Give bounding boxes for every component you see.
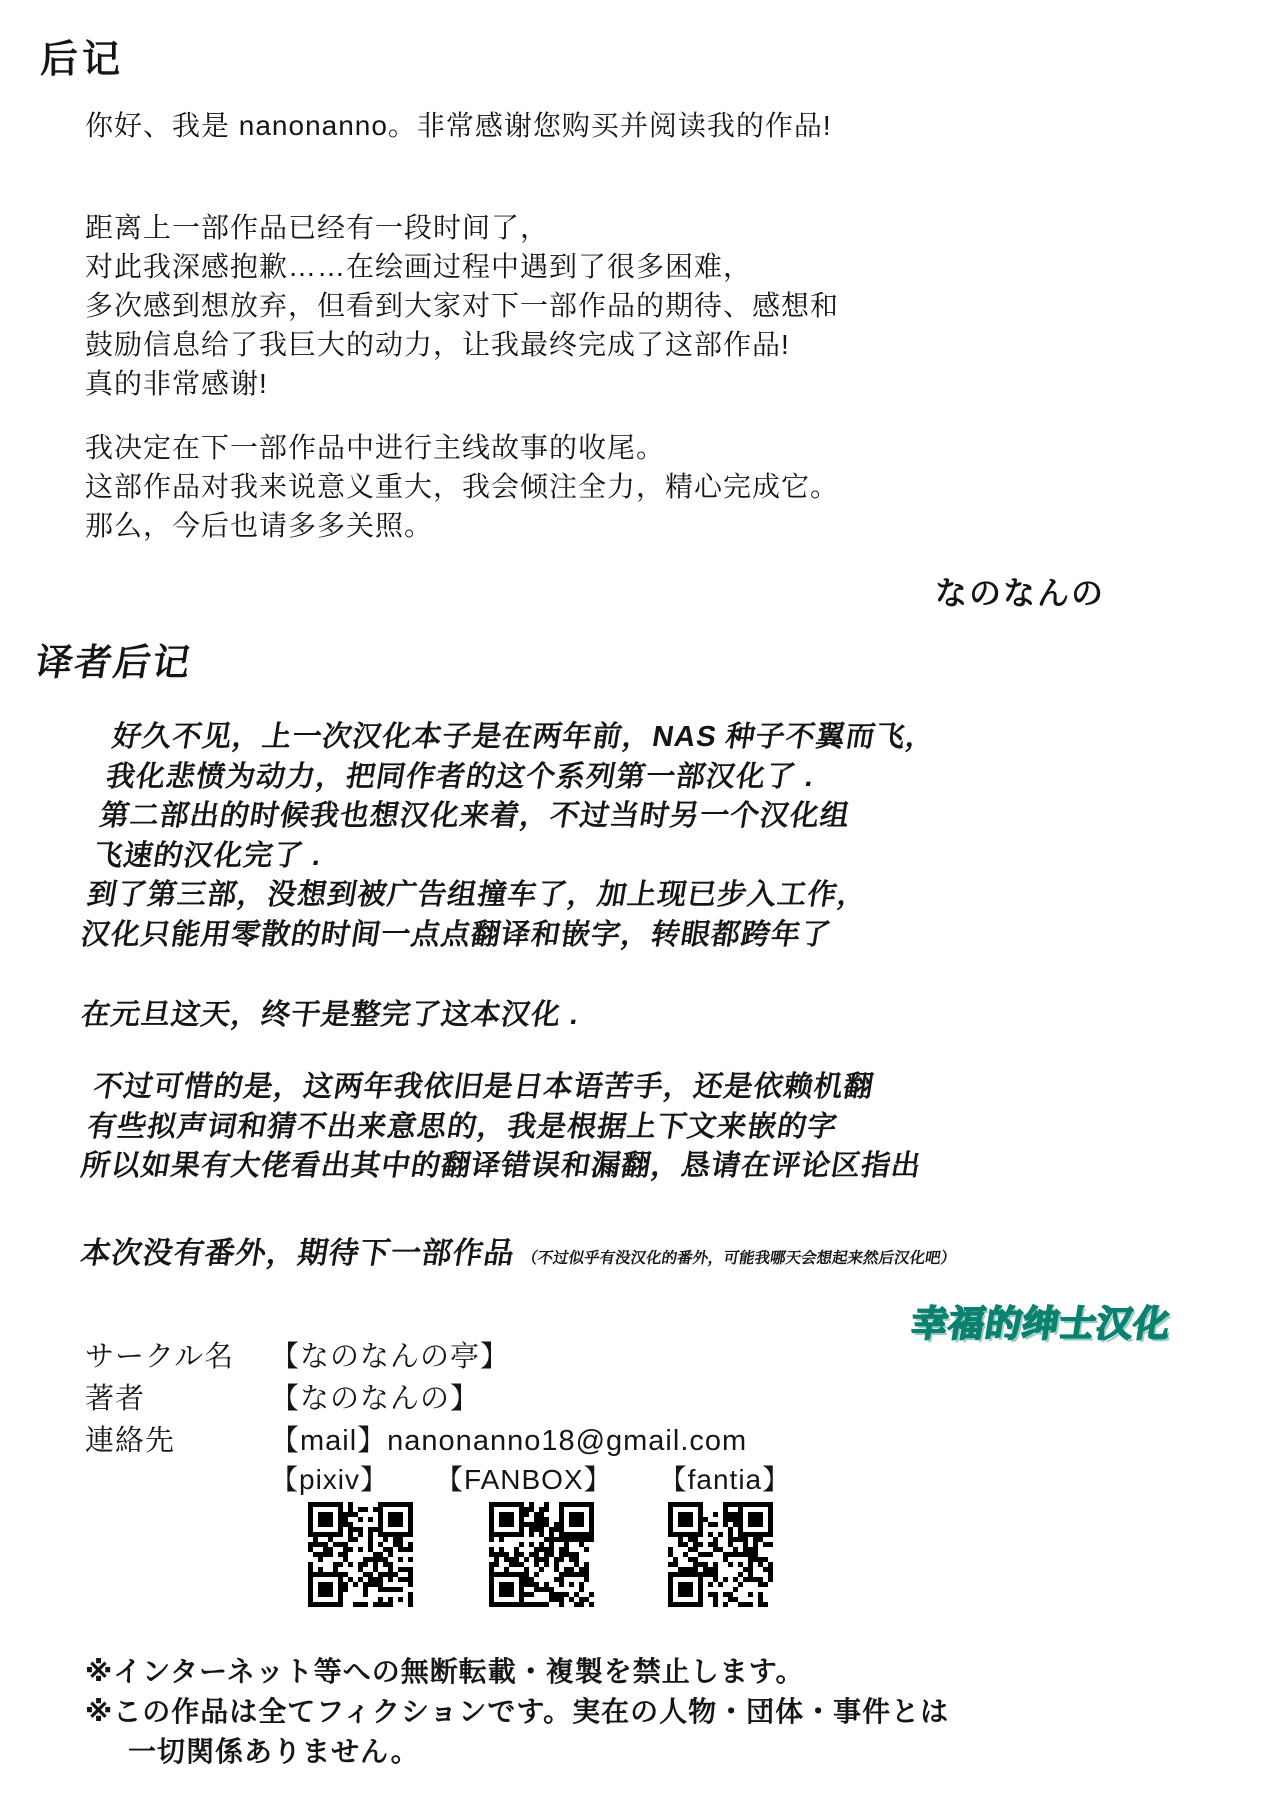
author-paragraph-line: 真的非常感谢! [85,364,839,403]
translator-paragraph-3: 不过可惜的是，这两年我依旧是日本语苦手，还是依赖机翻 有些拟声词和猜不出来意思的… [78,1068,937,1187]
author-greeting: 你好、我是 nanonanno。非常感谢您购买并阅读我的作品! [85,106,832,145]
translation-group-watermark: 幸福的绅士汉化 [908,1296,1175,1347]
qr-code-fantia [668,1502,773,1607]
translator-paragraph-line: 到了第三部，没想到被广告组撞车了，加上现已步入工作， [84,876,914,916]
author-signature: なのなんの [935,568,1105,614]
author-paragraph-line: 多次感到想放弃，但看到大家对下一部作品的期待、感想和 [85,286,839,325]
credits-value: 【なのなんの亭】 [270,1341,510,1373]
translator-paragraph-line: 所以如果有大佬看出其中的翻译错误和漏翻，恳请在评论区指出 [78,1147,924,1187]
credits-row-circle: サークル名【なのなんの亭】 [85,1334,510,1375]
qr-code-fanbox [489,1502,594,1607]
translator-closing-main: 本次没有番外，期待下一部作品 [78,1237,517,1270]
link-fanbox: 【FANBOX】 [435,1458,613,1498]
translator-paragraph-line: 飞速的汉化完了 . [91,837,921,877]
credits-email: 【mail】nanonanno18@gmail.com [270,1425,747,1457]
author-paragraph-1: 距离上一部作品已经有一段时间了， 对此我深感抱歉……在绘画过程中遇到了很多困难，… [85,208,839,403]
credits-label: サークル名 [85,1334,270,1375]
translator-finish-line: 在元旦这天，终干是整完了这本汉化 . [78,996,582,1036]
author-paragraph-line: 我决定在下一部作品中进行主线故事的收尾。 [85,428,839,467]
translator-title: 译者后记 [32,632,197,686]
translator-paragraph-line: 好久不见，上一次汉化本子是在两年前，NAS 种子不翼而飞， [109,718,939,758]
credits-links-row: 【pixiv】 【FANBOX】 【fantia】 [270,1458,791,1498]
disclaimer-line: ※インターネット等への無断転載・複製を禁止します。 [85,1652,949,1692]
author-paragraph-line: 那么，今后也请多多关照。 [85,506,839,545]
credits-value: 【なのなんの】 [270,1383,480,1415]
author-paragraph-2: 我决定在下一部作品中进行主线故事的收尾。 这部作品对我来说意义重大，我会倾注全力… [85,428,839,545]
translator-paragraph-line: 第二部出的时候我也想汉化来着，不过当时另一个汉化组 [97,797,927,837]
disclaimer: ※インターネット等への無断転載・複製を禁止します。 ※この作品は全てフィクション… [85,1652,949,1772]
page-title: 后记 [40,28,124,83]
author-paragraph-line: 对此我深感抱歉……在绘画过程中遇到了很多困难， [85,247,839,286]
translator-paragraph-line: 汉化只能用零散的时间一点点翻译和嵌字，转眼都跨年了 [78,916,908,956]
credits-row-contact: 連絡先【mail】nanonanno18@gmail.com [85,1418,747,1459]
link-fantia: 【fantia】 [659,1458,792,1498]
credits-row-author: 著者【なのなんの】 [85,1376,480,1417]
translator-closing: 本次没有番外，期待下一部作品（不过似乎有没汉化的番外，可能我哪天会想起来然后汉化… [78,1228,961,1272]
author-paragraph-line: 这部作品对我来说意义重大，我会倾注全力，精心完成它。 [85,467,839,506]
qr-code-pixiv [308,1502,413,1607]
credits-label: 著者 [85,1376,270,1417]
translator-closing-note: （不过似乎有没汉化的番外，可能我哪天会想起来然后汉化吧） [521,1250,958,1267]
author-paragraph-line: 鼓励信息给了我巨大的动力，让我最终完成了这部作品! [85,325,839,364]
translator-paragraph-line: 不过可惜的是，这两年我依旧是日本语苦手，还是依赖机翻 [91,1068,937,1108]
disclaimer-line: ※この作品は全てフィクションです。実在の人物・団体・事件とは [85,1692,949,1732]
credits-label: 連絡先 [85,1418,270,1459]
disclaimer-line: 一切関係ありません。 [85,1732,949,1772]
author-paragraph-line: 距离上一部作品已经有一段时间了， [85,208,839,247]
translator-paragraph-line: 我化悲愤为动力，把同作者的这个系列第一部汉化了 . [103,758,933,798]
link-pixiv: 【pixiv】 [270,1458,389,1498]
translator-paragraph-1: 好久不见，上一次汉化本子是在两年前，NAS 种子不翼而飞， 我化悲愤为动力，把同… [78,718,939,955]
translator-paragraph-line: 有些拟声词和猜不出来意思的，我是根据上下文来嵌的字 [84,1108,930,1148]
